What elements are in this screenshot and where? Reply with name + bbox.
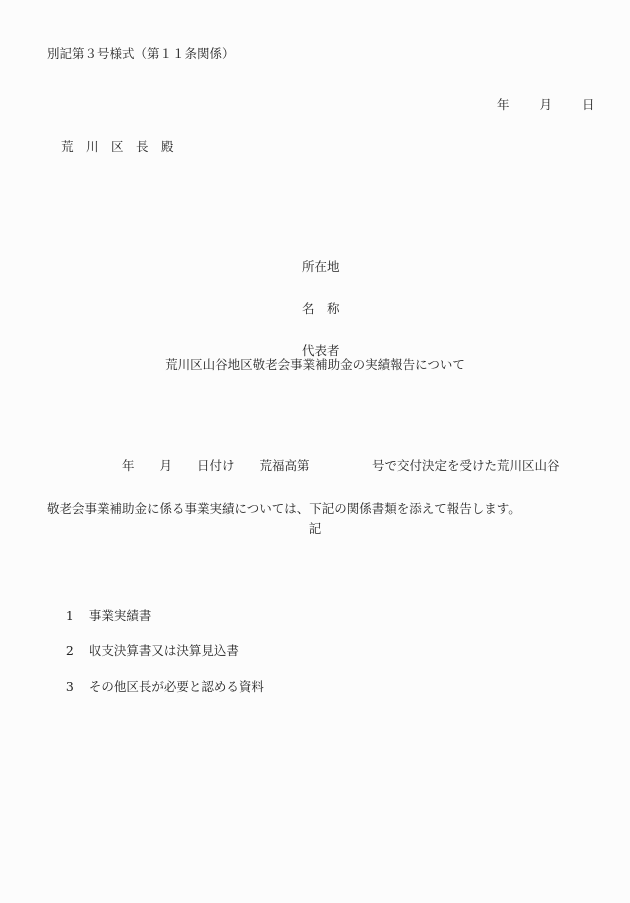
form-number-header: 別記第３号様式（第１１条関係） [47,48,235,61]
list-item-label: その他区長が必要と認める資料 [89,679,264,694]
applicant-address-label: 所在地 [302,258,340,275]
date-year-label: 年 [497,99,510,112]
list-item-number: 1 [66,610,89,623]
date-month-label: 月 [539,99,552,112]
attachment-list: 1事業実績書 2収支決算書又は決算見込書 3その他区長が必要と認める資料 [50,597,58,647]
list-item: 1事業実績書 [50,597,151,635]
list-item: 3その他区長が必要と認める資料 [50,668,264,706]
list-item-number: 2 [66,645,89,658]
date-line: 年月日 [489,86,595,111]
applicant-name-label: 名 称 [302,300,340,317]
list-item-label: 事業実績書 [89,608,152,623]
addressee: 荒 川 区 長 殿 [61,141,174,154]
applicant-block: 所在地 名 称 代表者 [302,233,340,372]
list-item-label: 収支決算書又は決算見込書 [89,643,239,658]
list-item: 2収支決算書又は決算見込書 [50,632,239,670]
ki-heading: 記 [0,523,630,536]
date-day-label: 日 [582,99,595,112]
list-item-number: 3 [66,681,89,694]
body-line-2: 敬老会事業補助金に係る事業実績については、下記の関係書類を添えて報告します。 [47,500,587,518]
body-line-1: 年 月 日付け 荒福高第 号で交付決定を受けた荒川区山谷 [47,457,587,475]
document-title: 荒川区山谷地区敬老会事業補助金の実績報告について [0,359,630,372]
body-paragraph: 年 月 日付け 荒福高第 号で交付決定を受けた荒川区山谷 敬老会事業補助金に係る… [47,432,587,531]
